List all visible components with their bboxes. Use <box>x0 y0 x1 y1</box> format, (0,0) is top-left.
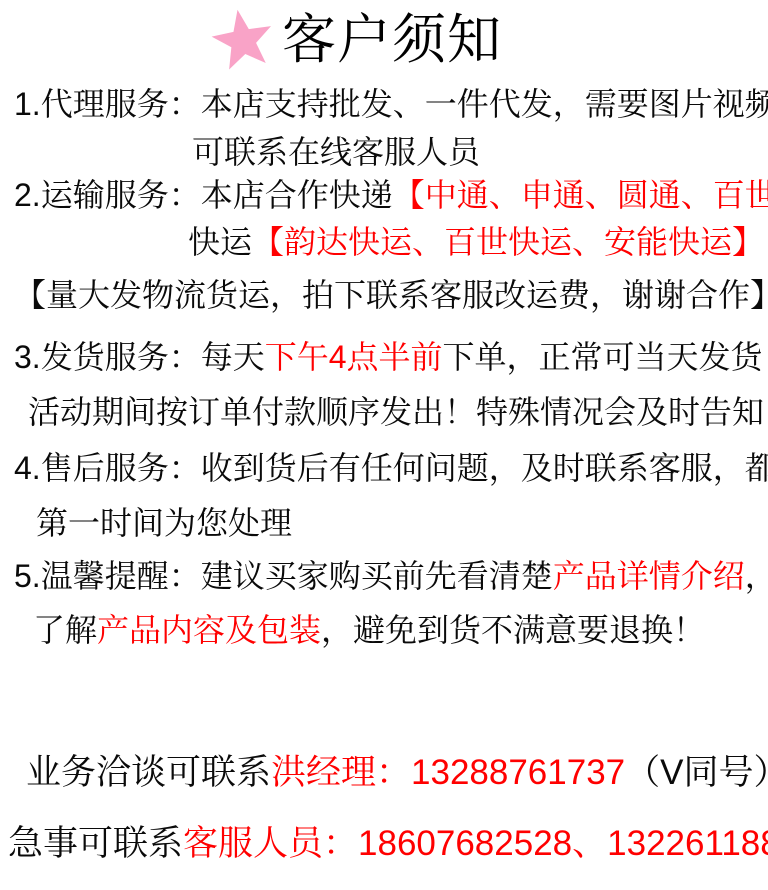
urgent-contact-line: 急事可联系客服人员：18607682528、13226118860 <box>8 824 768 864</box>
notice-aftersale-line1-text: 4.售后服务：收到货后有任何问题，及时联系客服，都会 <box>14 450 768 486</box>
notice-aftersale-line2-text: 第一时间为您处理 <box>36 505 292 541</box>
pink-star-icon <box>203 2 283 79</box>
business-contact-line: 业务洽谈可联系洪经理：13288761737（V同号） <box>26 753 768 793</box>
notice-aftersale-line1: 4.售后服务：收到货后有任何问题，及时联系客服，都会 <box>14 450 768 487</box>
notice-reminder-package-highlight: 产品内容及包装 <box>97 612 321 648</box>
urgent-contact-phones: 客服人员：18607682528、13226118860 <box>183 824 768 863</box>
urgent-contact-prefix: 急事可联系 <box>8 824 183 863</box>
notice-agency-line1: 1.代理服务：本店支持批发、一件代发，需要图片视频 <box>14 86 768 123</box>
notice-shipping-line1-text: 2.运输服务：本店合作快递 <box>14 177 393 213</box>
notice-agency-line2-text: 可联系在线客服人员 <box>192 134 480 170</box>
notice-delivery-line1-prefix: 3.发货服务：每天 <box>14 339 265 375</box>
notice-reminder-line2-suffix: ，避免到货不满意要退换！ <box>321 612 705 648</box>
notice-shipping-line1-couriers: 【中通、申通、圆通、百世】 <box>393 177 768 213</box>
notice-freight-line-text: 【量大发物流货运，拍下联系客服改运费，谢谢合作】 <box>14 277 768 313</box>
notice-shipping-line2-couriers: 【韵达快运、百世快运、安能快运】 <box>252 224 764 260</box>
notice-delivery-line2: 活动期间按订单付款顺序发出！特殊情况会及时告知 <box>28 394 764 431</box>
page-title-row: 客户须知 <box>208 8 502 74</box>
notice-agency-line2: 可联系在线客服人员 <box>192 134 480 171</box>
notice-delivery-line2-text: 活动期间按订单付款顺序发出！特殊情况会及时告知 <box>28 394 764 430</box>
notice-reminder-detail-highlight: 产品详情介绍 <box>553 558 745 594</box>
notice-delivery-line1: 3.发货服务：每天下午4点半前下单，正常可当天发货 <box>14 339 763 376</box>
notice-shipping-line2-text: 快运 <box>188 224 252 260</box>
notice-shipping-line1: 2.运输服务：本店合作快递【中通、申通、圆通、百世】 <box>14 177 768 214</box>
notice-freight-line: 【量大发物流货运，拍下联系客服改运费，谢谢合作】 <box>14 277 768 314</box>
business-contact-prefix: 业务洽谈可联系 <box>26 753 271 792</box>
business-contact-phone: 洪经理：13288761737 <box>271 753 625 792</box>
customer-notice-page: 客户须知 1.代理服务：本店支持批发、一件代发，需要图片视频 可联系在线客服人员… <box>0 0 768 890</box>
notice-reminder-line1: 5.温馨提醒：建议买家购买前先看清楚产品详情介绍， <box>14 558 768 595</box>
notice-delivery-cutoff-time: 下午4点半前 <box>265 339 443 375</box>
page-title: 客户须知 <box>282 11 502 70</box>
notice-reminder-line2: 了解产品内容及包装，避免到货不满意要退换！ <box>33 612 705 649</box>
notice-agency-line1-text: 1.代理服务：本店支持批发、一件代发，需要图片视频 <box>14 86 768 122</box>
notice-aftersale-line2: 第一时间为您处理 <box>36 505 292 542</box>
business-contact-suffix: （V同号） <box>625 753 768 792</box>
notice-delivery-line1-suffix: 下单，正常可当天发货 <box>443 339 763 375</box>
notice-shipping-line2: 快运【韵达快运、百世快运、安能快运】 <box>188 224 764 261</box>
notice-reminder-line1-suffix: ， <box>745 558 768 594</box>
notice-reminder-line1-prefix: 5.温馨提醒：建议买家购买前先看清楚 <box>14 558 553 594</box>
notice-reminder-line2-prefix: 了解 <box>33 612 97 648</box>
